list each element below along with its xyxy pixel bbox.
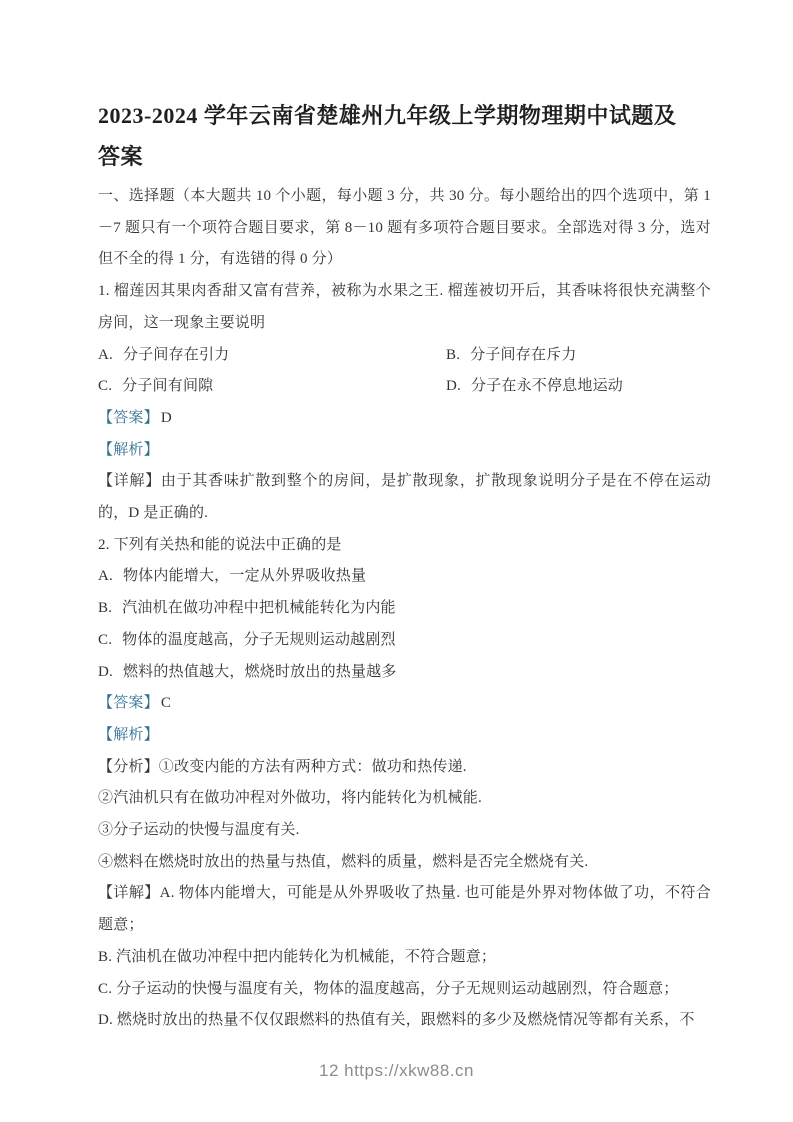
q1-option-b-text: 分子间存在斥力	[470, 347, 576, 363]
q1-answer-label: 【答案】	[98, 410, 159, 426]
q2-detail-d: D. 燃烧时放出的热量不仅仅跟燃料的热值有关，跟燃料的多少及燃烧情况等都有关系，…	[98, 1005, 711, 1037]
q1-detail: 【详解】由于其香味扩散到整个的房间，是扩散现象，扩散现象说明分子是在不停在运动的…	[98, 466, 711, 529]
q1-option-b: B.分子间存在斥力	[446, 340, 577, 372]
q1-option-d: D.分子在永不停息地运动	[446, 371, 623, 403]
q1-option-c-text: 分子间有间隙	[122, 378, 213, 394]
q1-answer-line: 【答案】D	[98, 403, 711, 435]
q2-option-b-text: 汽油机在做功冲程中把机械能转化为内能	[122, 600, 396, 616]
q2-analysis-line: 【解析】	[98, 720, 711, 752]
q2-analysis-label: 【解析】	[98, 727, 159, 743]
q2-answer-line: 【答案】C	[98, 688, 711, 720]
q1-analysis-line: 【解析】	[98, 435, 711, 467]
exam-document-page: 2023-2024 学年云南省楚雄州九年级上学期物理期中试题及 答案 一、选择题…	[0, 0, 793, 1122]
q1-options-row2: C.分子间有间隙 D.分子在永不停息地运动	[98, 371, 711, 403]
q2-option-b-label: B.	[98, 600, 112, 616]
q1-option-a-label: A.	[98, 347, 113, 363]
q1-option-b-label: B.	[446, 347, 460, 363]
q2-option-c-text: 物体的温度越高，分子无规则运动越剧烈	[122, 632, 396, 648]
q2-analysis-point-1: 【分析】①改变内能的方法有两种方式：做功和热传递.	[98, 752, 711, 784]
q2-detail-c: C. 分子运动的快慢与温度有关，物体的温度越高，分子无规则运动越剧烈，符合题意；	[98, 974, 711, 1006]
q2-option-a: A.物体内能增大，一定从外界吸收热量	[98, 561, 711, 593]
q1-stem: 1. 榴莲因其果肉香甜又富有营养，被称为水果之王. 榴莲被切开后，其香味将很快充…	[98, 276, 711, 339]
q1-option-c-label: C.	[98, 378, 112, 394]
q2-detail-b: B. 汽油机在做功冲程中把内能转化为机械能，不符合题意；	[98, 942, 711, 974]
q2-option-c-label: C.	[98, 632, 112, 648]
q2-answer-value: C	[161, 695, 171, 711]
q2-detail-a: 【详解】A. 物体内能增大，可能是从外界吸收了热量. 也可能是外界对物体做了功，…	[98, 878, 711, 941]
q2-answer-label: 【答案】	[98, 695, 159, 711]
q1-option-d-label: D.	[446, 378, 461, 394]
q2-option-a-label: A.	[98, 568, 113, 584]
document-content: 2023-2024 学年云南省楚雄州九年级上学期物理期中试题及 答案 一、选择题…	[0, 0, 793, 1037]
q1-option-a: A.分子间存在引力	[98, 340, 446, 372]
q1-analysis-label: 【解析】	[98, 442, 159, 458]
page-footer: 12 https://xkw88.cn	[0, 1061, 793, 1081]
q2-option-d-text: 燃料的热值越大，燃烧时放出的热量越多	[123, 664, 397, 680]
q1-option-a-text: 分子间存在引力	[123, 347, 229, 363]
q2-option-d-label: D.	[98, 664, 113, 680]
document-title-line2: 答案	[98, 136, 711, 177]
section-header: 一、选择题（本大题共 10 个小题，每小题 3 分，共 30 分。每小题给出的四…	[98, 181, 711, 276]
document-title-line1: 2023-2024 学年云南省楚雄州九年级上学期物理期中试题及	[98, 95, 711, 136]
q2-stem: 2. 下列有关热和能的说法中正确的是	[98, 530, 711, 562]
q2-analysis-point-3: ③分子运动的快慢与温度有关.	[98, 815, 711, 847]
q2-option-c: C.物体的温度越高，分子无规则运动越剧烈	[98, 625, 711, 657]
q1-options-row1: A.分子间存在引力 B.分子间存在斥力	[98, 340, 711, 372]
document-title: 2023-2024 学年云南省楚雄州九年级上学期物理期中试题及 答案	[98, 95, 711, 177]
q2-analysis-point-2: ②汽油机只有在做功冲程对外做功，将内能转化为机械能.	[98, 783, 711, 815]
q2-option-a-text: 物体内能增大，一定从外界吸收热量	[123, 568, 366, 584]
q1-answer-value: D	[161, 410, 172, 426]
q2-analysis-point-4: ④燃料在燃烧时放出的热量与热值，燃料的质量，燃料是否完全燃烧有关.	[98, 847, 711, 879]
q1-option-c: C.分子间有间隙	[98, 371, 446, 403]
q1-option-d-text: 分子在永不停息地运动	[471, 378, 623, 394]
page-number-and-url: 12 https://xkw88.cn	[319, 1061, 474, 1080]
q2-option-b: B.汽油机在做功冲程中把机械能转化为内能	[98, 593, 711, 625]
q2-option-d: D.燃料的热值越大，燃烧时放出的热量越多	[98, 657, 711, 689]
